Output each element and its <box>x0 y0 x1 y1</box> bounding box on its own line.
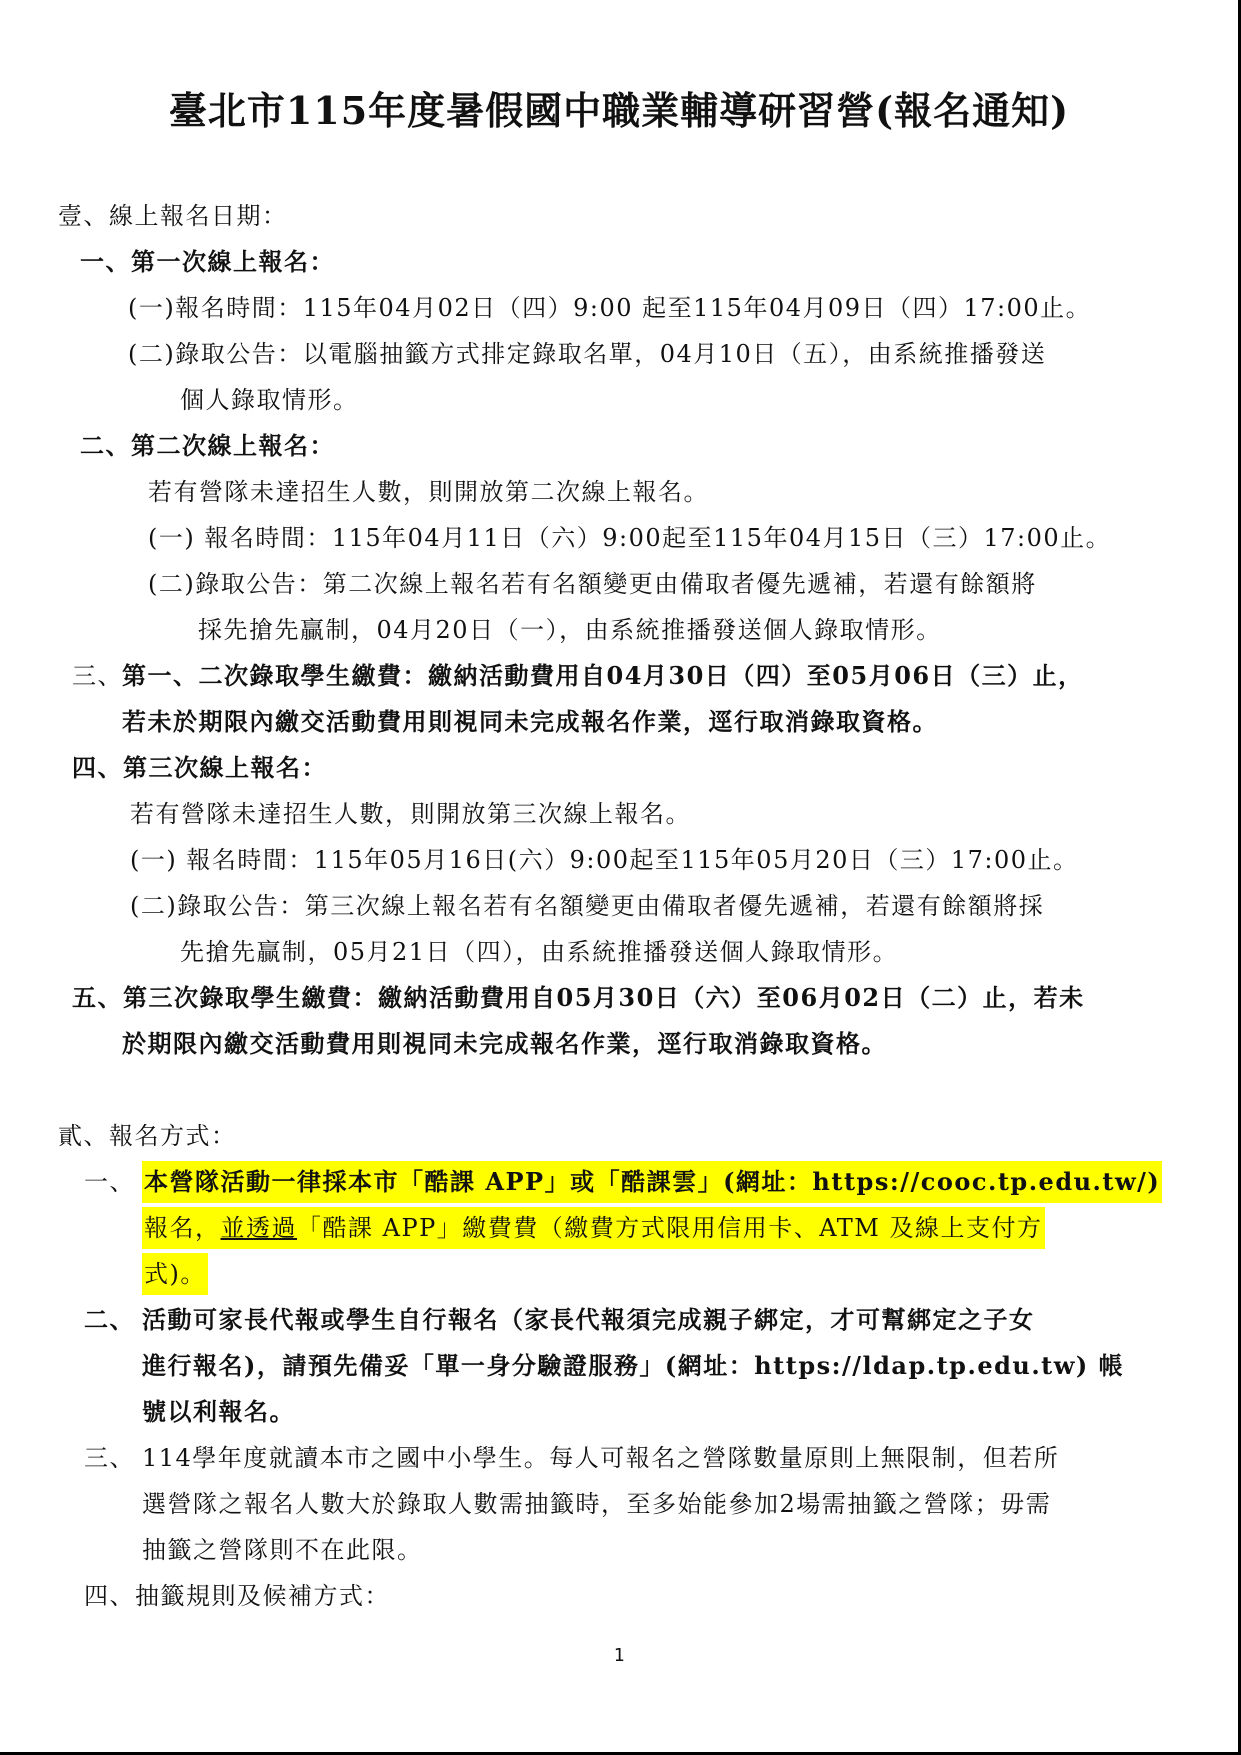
method-item3-line2: 選營隊之報名人數大於錄取人數需抽籤時，至多始能參加2場需抽籤之營隊；毋需 <box>142 1487 1051 1521</box>
first-registration-time: (一)報名時間：115年04月02日（四）9:00 起至115年04月09日（四… <box>128 291 1091 325</box>
method-item1-line3-highlighted: 式)。 <box>142 1253 208 1295</box>
third-registration-intro: 若有營隊未達招生人數，則開放第三次線上報名。 <box>130 797 691 831</box>
first-admission-announcement-line1: (二)錄取公告：以電腦抽籤方式排定錄取名單，04月10日（五），由系統推播發送 <box>128 337 1046 371</box>
method-item1-line2-end: 「酷課 APP」繳費費（繳費方式限用信用卡、ATM 及線上支付方 <box>297 1214 1043 1242</box>
item-first-online-registration-heading: 一、第一次線上報名： <box>80 245 335 279</box>
method-item2-line3: 號以利報名。 <box>142 1395 295 1429</box>
document-title: 臺北市115年度暑假國中職業輔導研習營(報名通知) <box>0 80 1238 135</box>
third-admission-announcement-line1: (二)錄取公告：第三次線上報名若有名額變更由備取者優先遞補，若還有餘額將採 <box>130 889 1044 923</box>
first-second-payment-line2: 若未於期限內繳交活動費用則視同未完成報名作業，逕行取消錄取資格。 <box>122 705 938 739</box>
method-item1-prefix: 一、 <box>84 1165 135 1199</box>
section-heading-registration-method: 貳、報名方式： <box>58 1119 237 1153</box>
page-number: 1 <box>0 1645 1238 1666</box>
method-item3-prefix: 三、 <box>84 1441 135 1475</box>
method-item2-line1: 活動可家長代報或學生自行報名（家長代報須完成親子綁定，才可幫綁定之子女 <box>142 1303 1035 1337</box>
third-registration-time: (一) 報名時間：115年05月16日(六）9:00起至115年05月20日（三… <box>130 843 1079 877</box>
second-registration-intro: 若有營隊未達招生人數，則開放第二次線上報名。 <box>148 475 709 509</box>
second-registration-time: (一) 報名時間：115年04月11日（六）9:00起至115年04月15日（三… <box>148 521 1111 555</box>
document-page: 臺北市115年度暑假國中職業輔導研習營(報名通知) 壹、線上報名日期： 一、第一… <box>0 0 1241 1755</box>
item-second-online-registration-heading: 二、第二次線上報名： <box>80 429 335 463</box>
section-heading-registration-dates: 壹、線上報名日期： <box>58 199 288 233</box>
third-payment-line2: 於期限內繳交活動費用則視同未完成報名作業，逕行取消錄取資格。 <box>122 1027 887 1061</box>
item-third-online-registration-heading: 四、第三次線上報名： <box>72 751 327 785</box>
method-item1-underlined-text: 並透過 <box>221 1214 298 1242</box>
third-admission-announcement-line2: 先搶先贏制，05月21日（四），由系統推播發送個人錄取情形。 <box>180 935 898 969</box>
first-second-payment-line1: 第一、二次錄取學生繳費：繳納活動費用自04月30日（四）至05月06日（三）止， <box>122 659 1084 693</box>
first-admission-announcement-line2: 個人錄取情形。 <box>180 383 359 417</box>
method-item3-line3: 抽籤之營隊則不在此限。 <box>142 1533 423 1567</box>
method-item2-line2: 進行報名)，請預先備妥「單一身分驗證服務」(網址：https://ldap.tp… <box>142 1349 1124 1383</box>
third-payment-line1: 五、第三次錄取學生繳費：繳納活動費用自05月30日（六）至06月02日（二）止，… <box>72 981 1085 1015</box>
method-item1-line1-highlighted: 本營隊活動一律採本市「酷課 APP」或「酷課雲」(網址：https://cooc… <box>142 1161 1162 1203</box>
second-admission-announcement-line1: (二)錄取公告：第二次線上報名若有名額變更由備取者優先遞補，若還有餘額將 <box>148 567 1037 601</box>
item-three-prefix: 三、 <box>72 659 123 693</box>
method-item2-prefix: 二、 <box>84 1303 135 1337</box>
method-item4-heading: 四、抽籤規則及候補方式： <box>84 1579 390 1613</box>
second-admission-announcement-line2: 採先搶先贏制，04月20日（一），由系統推播發送個人錄取情形。 <box>198 613 942 647</box>
method-item1-line2-highlighted: 報名，並透過「酷課 APP」繳費費（繳費方式限用信用卡、ATM 及線上支付方 <box>142 1207 1045 1249</box>
method-item3-line1: 114學年度就讀本市之國中小學生。每人可報名之營隊數量原則上無限制，但若所 <box>142 1441 1059 1475</box>
method-item1-line2-start: 報名， <box>144 1214 221 1242</box>
